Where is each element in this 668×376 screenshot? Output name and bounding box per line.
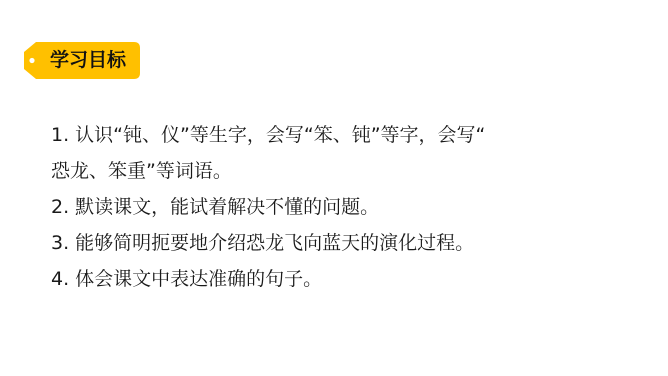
objective-item: 3. 能够简明扼要地介绍恐龙飞向蓝天的演化过程。 <box>51 225 651 261</box>
objective-item: 1. 认识“钝、仪”等生字，会写“笨、钝”等字，会写“ 恐龙、笨重”等词语。 <box>51 117 651 189</box>
slide: 学习目标 1. 认识“钝、仪”等生字，会写“笨、钝”等字，会写“ 恐龙、笨重”等… <box>0 0 668 376</box>
objective-1-line-1: 1. 认识“钝、仪”等生字，会写“笨、钝”等字，会写“ <box>51 117 651 153</box>
objective-item: 4. 体会课文中表达准确的句子。 <box>51 261 651 297</box>
section-tag: 学习目标 <box>24 42 140 79</box>
objective-1-line-2: 恐龙、笨重”等词语。 <box>51 153 651 189</box>
objective-item: 2. 默读课文，能试着解决不懂的问题。 <box>51 189 651 225</box>
section-title: 学习目标 <box>38 42 138 79</box>
objectives-list: 1. 认识“钝、仪”等生字，会写“笨、钝”等字，会写“ 恐龙、笨重”等词语。 2… <box>51 117 651 297</box>
